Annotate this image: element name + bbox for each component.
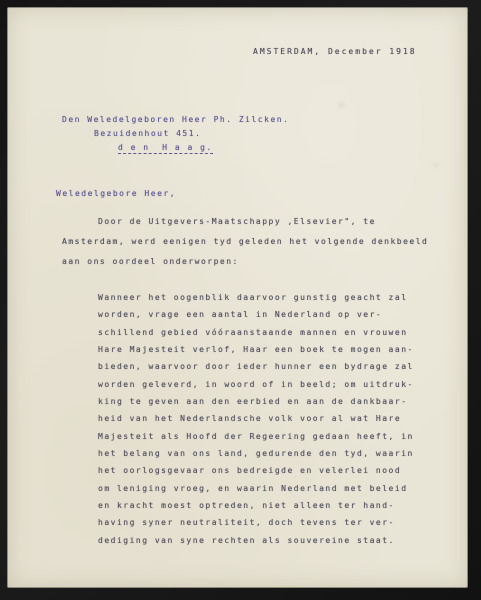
paper-smudge: [338, 103, 345, 108]
photo-mount-frame: AMSTERDAM, December 1918 Den Weledelgebo…: [0, 0, 481, 600]
intro-line: aan ons oordeel onderworpen:: [62, 257, 239, 266]
letter-page: AMSTERDAM, December 1918 Den Weledelgebo…: [8, 8, 467, 587]
intro-line: Door de Uitgevers-Maatschappy ,Elsevier"…: [98, 217, 376, 226]
quote-line: om leniging vroeg, en waarin Nederland m…: [98, 480, 438, 497]
quote-line: dediging van syne rechten als souvereine…: [98, 532, 438, 549]
quote-line: worden geleverd, in woord of in beeld; o…: [98, 376, 438, 393]
quoted-proposal-paragraph: Wanneer het oogenblik daarvoor gunstig g…: [98, 289, 438, 549]
recipient-street-line: Bezuidenhout 451.: [94, 129, 201, 138]
quote-line: heid van het Nederlandsche volk voor al …: [98, 410, 438, 427]
quote-line: worden, vrage een aantal in Nederland op…: [98, 306, 438, 323]
dateline: AMSTERDAM, December 1918: [253, 47, 417, 56]
quote-line: Majesteit als Hoofd der Regeering gedaan…: [98, 428, 438, 445]
quote-line: king te geven aan den eerbied en aan de …: [98, 393, 438, 410]
salutation: Weledelgebore Heer,: [56, 189, 176, 198]
quote-line: schillend gebied vóóraanstaande mannen e…: [98, 324, 438, 341]
intro-line: Amsterdam, werd eenigen tyd geleden het …: [62, 237, 428, 246]
paper-smudge: [433, 163, 439, 167]
quote-line: bieden, waarvoor door ieder hunner een b…: [98, 358, 438, 375]
quote-line: Wanneer het oogenblik daarvoor gunstig g…: [98, 289, 438, 306]
quote-line: en kracht moest optreden, niet alleen te…: [98, 497, 438, 514]
recipient-name-line: Den Weledelgeboren Heer Ph. Zilcken.: [62, 115, 289, 124]
quote-line: having syner neutraliteit, doch tevens t…: [98, 514, 438, 531]
recipient-city-line: d e n H a a g.: [118, 143, 213, 154]
quote-line: het oorlogsgevaar ons bedreigde en veler…: [98, 462, 438, 479]
quote-line: Hare Majesteit verlof, Haar een boek te …: [98, 341, 438, 358]
quote-line: het belang van ons land, gedurende den t…: [98, 445, 438, 462]
